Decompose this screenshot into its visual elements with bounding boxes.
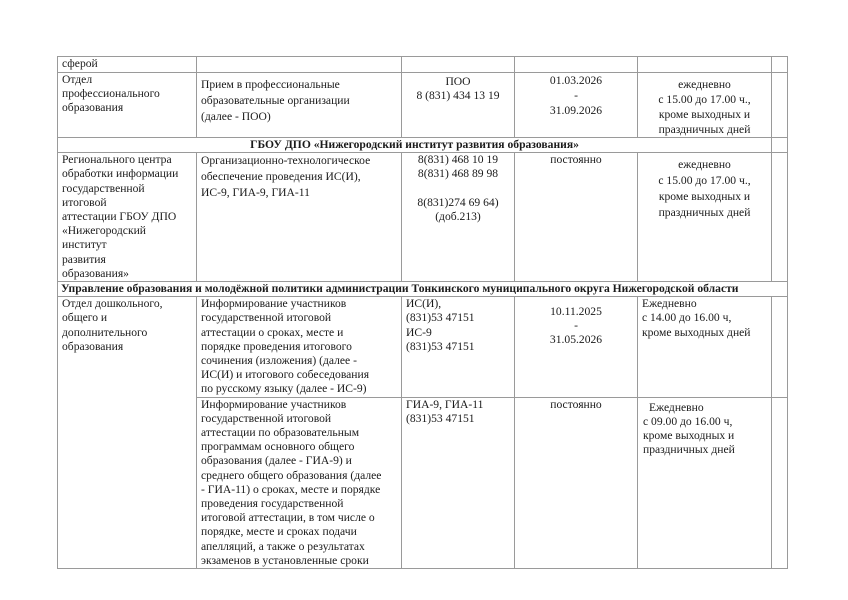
service-cell: Информирование участников государственно… [197, 297, 402, 397]
hours-cell: ежедневно с 15.00 до 17.00 ч., кроме вых… [638, 153, 772, 282]
cell-text: Ежедневно [643, 401, 767, 415]
cell-text: (доб.213) [406, 210, 510, 224]
phone-cell: ГИА-9, ГИА-11 (831)53 47151 [402, 397, 515, 568]
cell-text: порядке проведения итогового [201, 340, 397, 354]
cell-text: постоянно [519, 153, 633, 167]
cell-text: итоговой [62, 196, 192, 210]
cell-text: с 15.00 до 17.00 ч., [642, 173, 767, 189]
document-page: сферой Отдел профессионального образован… [0, 0, 848, 600]
cell-text: (далее - ПОО) [201, 109, 397, 125]
phone-cell [402, 57, 515, 73]
cell-text: общего и [62, 311, 192, 325]
hours-cell: Ежедневно с 09.00 до 16.00 ч, кроме выхо… [638, 397, 772, 568]
cell-text: - ГИА-11) о сроках, месте и порядке [201, 483, 397, 497]
department-cell: Отдел дошкольного, общего и дополнительн… [58, 297, 197, 569]
cell-text: 8 (831) 434 13 19 [406, 89, 510, 103]
cell-text: аттестации о сроках, месте и [201, 326, 397, 340]
department-cell: Регионального центра обработки информаци… [58, 153, 197, 282]
cell-text: праздничных дней [643, 443, 767, 457]
table-row: Отдел дошкольного, общего и дополнительн… [58, 297, 788, 397]
cell-text: аттестации ГБОУ ДПО [62, 210, 192, 224]
blank-cell [772, 138, 788, 153]
cell-text: Отдел дошкольного, [62, 297, 192, 311]
cell-text: 31.09.2026 [519, 103, 633, 118]
cell-text: институт [62, 238, 192, 252]
cell-text: (831)53 47151 [406, 340, 510, 354]
cell-text: ИС-9 [406, 326, 510, 340]
hours-cell [638, 57, 772, 73]
cell-text: экзаменов в установленные сроки [201, 554, 397, 568]
cell-text: сочинения (изложения) (далее - [201, 354, 397, 368]
cell-text: Отдел [62, 73, 192, 87]
cell-text: ИС(И) и итогового собеседования [201, 368, 397, 382]
cell-text: Информирование участников [201, 297, 397, 311]
blank-cell [772, 153, 788, 282]
phone-cell: 8(831) 468 10 19 8(831) 468 89 98 8(831)… [402, 153, 515, 282]
cell-text: с 09.00 до 16.00 ч, [643, 415, 767, 429]
cell-text: образования [62, 340, 192, 354]
cell-text: дополнительного [62, 326, 192, 340]
cell-text: с 15.00 до 17.00 ч., [642, 92, 767, 107]
cell-text: образовательные организации [201, 93, 397, 109]
cell-text: 01.03.2026 [519, 73, 633, 88]
cell-text: аттестации по образовательным [201, 426, 397, 440]
cell-text: ИС(И), [406, 297, 510, 311]
phone-cell: ИС(И), (831)53 47151 ИС-9 (831)53 47151 [402, 297, 515, 397]
cell-text: кроме выходных и [642, 107, 767, 122]
hours-cell: ежедневно с 15.00 до 17.00 ч., кроме вых… [638, 73, 772, 138]
cell-text: ИС-9, ГИА-9, ГИА-11 [201, 185, 397, 201]
period-cell: 10.11.2025 - 31.05.2026 [515, 297, 638, 397]
period-cell: постоянно [515, 153, 638, 282]
cell-text: ежедневно [642, 157, 767, 173]
blank-cell [772, 297, 788, 397]
period-cell: постоянно [515, 397, 638, 568]
cell-text: обеспечение проведения ИС(И), [201, 169, 397, 185]
cell-text: постоянно [519, 398, 633, 412]
cell-text: ежедневно [642, 77, 767, 92]
section-title: ГБОУ ДПО «Нижегородский институт развити… [58, 138, 772, 153]
cell-text: праздничных дней [642, 122, 767, 137]
cell-text: 31.05.2026 [519, 333, 633, 347]
cell-text: (831)53 47151 [406, 412, 510, 426]
cell-text: апелляций, а также о результатах [201, 540, 397, 554]
period-cell [515, 57, 638, 73]
cell-text: развития [62, 253, 192, 267]
cell-text: кроме выходных и [642, 189, 767, 205]
table-row: Регионального центра обработки информаци… [58, 153, 788, 282]
cell-text: порядке, месте и сроках подачи [201, 525, 397, 539]
cell-text: сферой [62, 57, 192, 71]
department-cell: Отдел профессионального образования [58, 73, 197, 138]
cell-text: 8(831) 468 10 19 [406, 153, 510, 167]
cell-text: ПОО [406, 75, 510, 89]
spacer [406, 182, 510, 196]
cell-text: государственной [62, 182, 192, 196]
cell-text: среднего общего образования (далее [201, 469, 397, 483]
cell-text: программам основного общего [201, 440, 397, 454]
section-header-row: ГБОУ ДПО «Нижегородский институт развити… [58, 138, 788, 153]
hours-cell: Ежедневно с 14.00 до 16.00 ч, кроме выхо… [638, 297, 772, 397]
service-cell [197, 57, 402, 73]
section-header-row: Управление образования и молодёжной поли… [58, 282, 788, 297]
table-row: Отдел профессионального образования Прие… [58, 73, 788, 138]
cell-text: образования (далее - ГИА-9) и [201, 454, 397, 468]
cell-text: 8(831) 468 89 98 [406, 167, 510, 181]
cell-text: образования» [62, 267, 192, 281]
department-cell: сферой [58, 57, 197, 73]
cell-text: Прием в профессиональные [201, 77, 397, 93]
cell-text: 10.11.2025 [519, 305, 633, 319]
cell-text: праздничных дней [642, 205, 767, 221]
cell-text: с 14.00 до 16.00 ч, [642, 311, 767, 325]
cell-text: (831)53 47151 [406, 311, 510, 325]
cell-text: кроме выходных и [643, 429, 767, 443]
phone-cell: ПОО 8 (831) 434 13 19 [402, 73, 515, 138]
cell-text: ГИА-9, ГИА-11 [406, 398, 510, 412]
blank-cell [772, 397, 788, 568]
cell-text: итоговой аттестации, в том числе о [201, 511, 397, 525]
cell-text: обработки информации [62, 167, 192, 181]
contacts-table: сферой Отдел профессионального образован… [57, 56, 788, 569]
cell-text: по русскому языку (далее - ИС-9) [201, 382, 397, 396]
period-cell: 01.03.2026 - 31.09.2026 [515, 73, 638, 138]
cell-text: кроме выходных дней [642, 326, 767, 340]
blank-cell [772, 73, 788, 138]
blank-cell [772, 57, 788, 73]
cell-text: проведения государственной [201, 497, 397, 511]
cell-text: государственной итоговой [201, 412, 397, 426]
cell-text: государственной итоговой [201, 311, 397, 325]
service-cell: Информирование участников государственно… [197, 397, 402, 568]
service-cell: Организационно-технологическое обеспечен… [197, 153, 402, 282]
service-cell: Прием в профессиональные образовательные… [197, 73, 402, 138]
cell-text: профессионального [62, 87, 192, 101]
cell-text: Регионального центра [62, 153, 192, 167]
cell-text: Организационно-технологическое [201, 153, 397, 169]
cell-text: Информирование участников [201, 398, 397, 412]
cell-text: Ежедневно [642, 297, 767, 311]
cell-text: образования [62, 101, 192, 115]
section-title: Управление образования и молодёжной поли… [58, 282, 788, 297]
cell-text: - [519, 319, 633, 333]
cell-text: «Нижегородский [62, 224, 192, 238]
cell-text: - [519, 88, 633, 103]
table-row: сферой [58, 57, 788, 73]
cell-text: 8(831)274 69 64) [406, 196, 510, 210]
